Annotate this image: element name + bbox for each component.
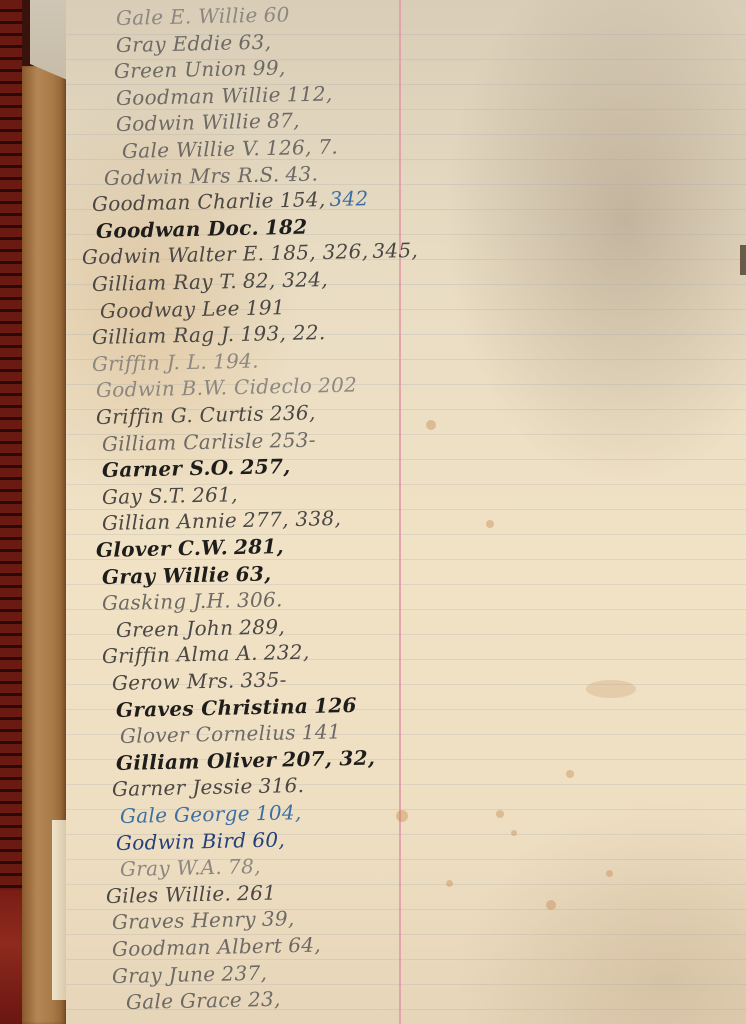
entry-name: Gilliam Carlisle: [102, 428, 264, 455]
entry-page-numbers: 185, 326,: [270, 239, 369, 265]
entry-name: Griffin G. Curtis: [96, 401, 264, 429]
entry-page-numbers: 316.: [258, 773, 304, 798]
entry-name: Goodman Albert: [112, 933, 283, 961]
entry-name: Gasking J.H.: [102, 588, 231, 615]
entry-page-numbers: 23,: [248, 987, 281, 1012]
entry-name: Graves Henry: [112, 907, 256, 934]
entry-page-numbers: 39,: [262, 907, 295, 932]
entry-name: Gray June: [112, 961, 216, 987]
entry-page-numbers: 104,: [256, 800, 302, 825]
entry-page-numbers: 126: [314, 693, 357, 718]
entry-page-numbers: 126, 7.: [266, 134, 339, 160]
index-entry: Gale E. Willie60: [116, 2, 290, 30]
entry-name: Gale George: [120, 801, 250, 828]
entry-name: Godwin Willie: [116, 109, 262, 136]
entry-name: Godwin Mrs R.S.: [104, 162, 280, 190]
entry-page-numbers: 194.: [213, 348, 259, 373]
entry-name: Garner Jessie: [112, 774, 253, 801]
entry-page-numbers: 306.: [237, 587, 283, 612]
entry-page-numbers: 232,: [263, 640, 309, 665]
index-entry: Gilliam Rag J.193, 22.: [92, 320, 326, 349]
entry-page-numbers: 193, 22.: [240, 320, 326, 346]
entry-page-numbers: 87,: [267, 109, 300, 134]
index-entry: Goodman Willie112,: [116, 81, 333, 110]
ledger-page: Gale E. Willie60Gray Eddie63,Green Union…: [66, 0, 746, 1024]
index-entry: Griffin G. Curtis236,: [96, 400, 316, 429]
entry-page-numbers: 78,: [228, 854, 261, 879]
book-cover-leather: [0, 890, 24, 1024]
book-spine: [0, 0, 24, 1024]
index-entry: Green John289,: [116, 614, 285, 642]
index-entry: Garner S.O.257,: [102, 454, 291, 482]
entry-name: Gray Eddie: [116, 30, 233, 56]
entry-name: Green John: [116, 615, 234, 641]
index-entry: Godwin Mrs R.S.43.: [104, 161, 319, 189]
entry-page-numbers: 63,: [238, 29, 271, 54]
entry-name: Giles Willie.: [106, 881, 232, 908]
entry-page-numbers: 154,: [280, 187, 326, 212]
index-entry: Gay S.T.261,: [102, 482, 238, 509]
page-edge: [52, 820, 66, 1000]
index-entry: Gray W.A.78,: [120, 854, 261, 881]
index-entry: Gale Grace23,: [126, 987, 281, 1014]
entry-name: Godwin B.W. Cideclo: [96, 374, 313, 403]
entry-name: Griffin Alma A.: [102, 641, 258, 668]
entry-page-numbers: 281,: [234, 534, 284, 559]
entry-page-numbers: 112,: [287, 81, 333, 106]
entry-name: Gray Willie: [102, 562, 230, 589]
entry-name: Goodman Willie: [116, 82, 281, 109]
entry-page-numbers: 335-: [240, 667, 287, 692]
entry-name: Griffin J. L.: [92, 349, 208, 375]
index-entry: Gilliam Ray T.82, 324,: [92, 267, 328, 296]
index-entries-list: Gale E. Willie60Gray Eddie63,Green Union…: [66, 0, 746, 1024]
entry-name: Graves Christina: [116, 694, 309, 722]
index-entry: Goodman Albert64,: [112, 933, 321, 961]
index-entry: Giles Willie.261: [106, 880, 277, 908]
entry-page-numbers: 237,: [221, 960, 267, 985]
entry-name: Gillian Annie: [102, 509, 238, 536]
entry-page-numbers: 202: [318, 373, 358, 398]
entry-name: Goodway Lee: [100, 296, 240, 323]
entry-page-numbers: 261: [237, 880, 277, 905]
entry-page-numbers: 289,: [239, 614, 285, 639]
entry-name: Gale E. Willie: [116, 3, 258, 30]
entry-name: Gilliam Oliver: [116, 747, 277, 774]
entry-page-numbers: 207, 32,: [282, 745, 375, 771]
entry-name: Gerow Mrs.: [112, 668, 235, 695]
entry-name: Gilliam Rag J.: [92, 322, 235, 349]
entry-page-numbers: 257,: [240, 454, 290, 479]
entry-page-numbers: 141: [302, 720, 342, 745]
entry-name: Gale Willie V.: [122, 136, 260, 163]
entry-name: Godwin Bird: [116, 828, 247, 855]
entry-extra-page-number: 345,: [372, 238, 418, 263]
entry-page-numbers: 236,: [270, 400, 316, 425]
entry-name: Glover Cornelius: [120, 721, 296, 749]
entry-page-numbers: 253-: [269, 427, 316, 452]
index-entry: Goodway Lee191: [100, 295, 285, 323]
entry-page-numbers: 99,: [253, 56, 286, 81]
entry-name: Gray W.A.: [120, 855, 223, 881]
entry-page-numbers: 64,: [288, 933, 321, 958]
entry-page-numbers: 261,: [192, 482, 238, 507]
index-entry: Green Union99,: [114, 56, 286, 84]
index-entry: Glover C.W.281,: [96, 534, 284, 562]
entry-name: Goodman Charlie: [92, 188, 274, 216]
entry-page-numbers: 43.: [285, 161, 318, 186]
entry-name: Godwin Walter E.: [82, 242, 265, 270]
index-entry: Griffin J. L.194.: [92, 348, 259, 375]
entry-name: Glover C.W.: [96, 535, 228, 562]
entry-page-numbers: 277, 338,: [243, 506, 342, 532]
index-entry: Goodman Charlie154,342: [92, 186, 369, 216]
index-entry: Gerow Mrs.335-: [112, 667, 287, 695]
entry-name: Gale Grace: [126, 988, 242, 1014]
index-entry: Godwin Walter E.185, 326,345,: [82, 238, 419, 269]
entry-page-numbers: 63,: [235, 561, 271, 586]
index-entry: Gray Eddie63,: [116, 29, 272, 56]
index-entry: Graves Henry39,: [112, 907, 295, 935]
index-entry: Graves Christina126: [116, 693, 357, 722]
entry-page-numbers: 191: [246, 295, 286, 320]
entry-page-numbers: 82, 324,: [243, 267, 329, 293]
index-entry: Godwin B.W. Cideclo202: [96, 373, 358, 402]
entry-name: Goodwan Doc.: [96, 215, 259, 242]
ledger-photo: Gale E. Willie60Gray Eddie63,Green Union…: [0, 0, 746, 1024]
index-entry: Gray Willie63,: [102, 561, 272, 589]
index-entry: Gray June237,: [112, 960, 268, 987]
index-entry: Gillian Annie277, 338,: [102, 506, 342, 535]
index-entry: Godwin Bird60,: [116, 827, 286, 855]
entry-name: Gay S.T.: [102, 483, 187, 509]
entry-page-numbers: 182: [265, 214, 308, 239]
entry-page-numbers: 60,: [252, 827, 285, 852]
index-entry: Gasking J.H.306.: [102, 587, 283, 615]
entry-name: Garner S.O.: [102, 455, 235, 482]
entry-extra-page-number: 342: [329, 186, 369, 211]
index-entry: Gale George104,: [120, 800, 302, 828]
index-entry: Gale Willie V.126, 7.: [122, 134, 339, 163]
entry-name: Green Union: [114, 56, 247, 83]
index-entry: Gilliam Oliver207, 32,: [116, 745, 376, 774]
index-entry: Garner Jessie316.: [112, 773, 305, 801]
index-entry: Griffin Alma A.232,: [102, 640, 310, 668]
entry-name: Gilliam Ray T.: [92, 269, 237, 296]
entry-page-numbers: 60: [263, 2, 290, 27]
index-entry: Godwin Willie87,: [116, 109, 300, 137]
index-entry: Glover Cornelius141: [120, 720, 341, 749]
index-entry: Goodwan Doc.182: [96, 214, 308, 242]
index-entry: Gilliam Carlisle253-: [102, 427, 316, 455]
